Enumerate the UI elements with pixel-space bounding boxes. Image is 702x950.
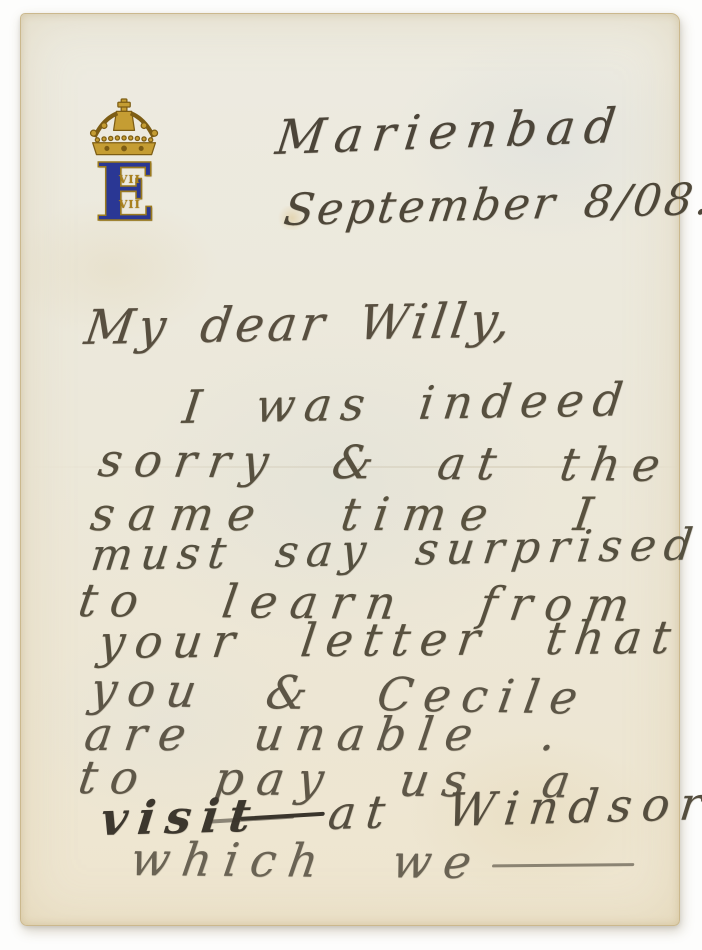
body-words-which-we: which we [127, 832, 487, 889]
cypher-letter-block: E VII VII [79, 153, 171, 235]
cypher-numerals-vii-bottom: VII [119, 198, 141, 211]
pen-flourish-line [492, 863, 635, 867]
body-line-4: must say surprised [88, 520, 702, 581]
scan-background: E VII VII Marienbad September 8/08. My d… [0, 0, 702, 950]
cypher-numerals-vii-top: VII [119, 173, 141, 186]
body-words-at-windsor: at Windsor [326, 776, 702, 840]
body-line-1: I was indeed [180, 373, 635, 434]
cypher-letter-E: E [95, 145, 156, 239]
body-line-11: which we [127, 833, 639, 890]
body-line-6: your letter that [96, 611, 684, 669]
letter-paper: E VII VII Marienbad September 8/08. My d… [20, 13, 680, 926]
heading-place: Marienbad [273, 99, 628, 166]
royal-cypher: E VII VII [79, 98, 171, 235]
body-line-2: sorry & at the [95, 434, 675, 492]
heading-date: September 8/08. [281, 175, 702, 237]
salutation: My dear Willy, [81, 294, 518, 357]
